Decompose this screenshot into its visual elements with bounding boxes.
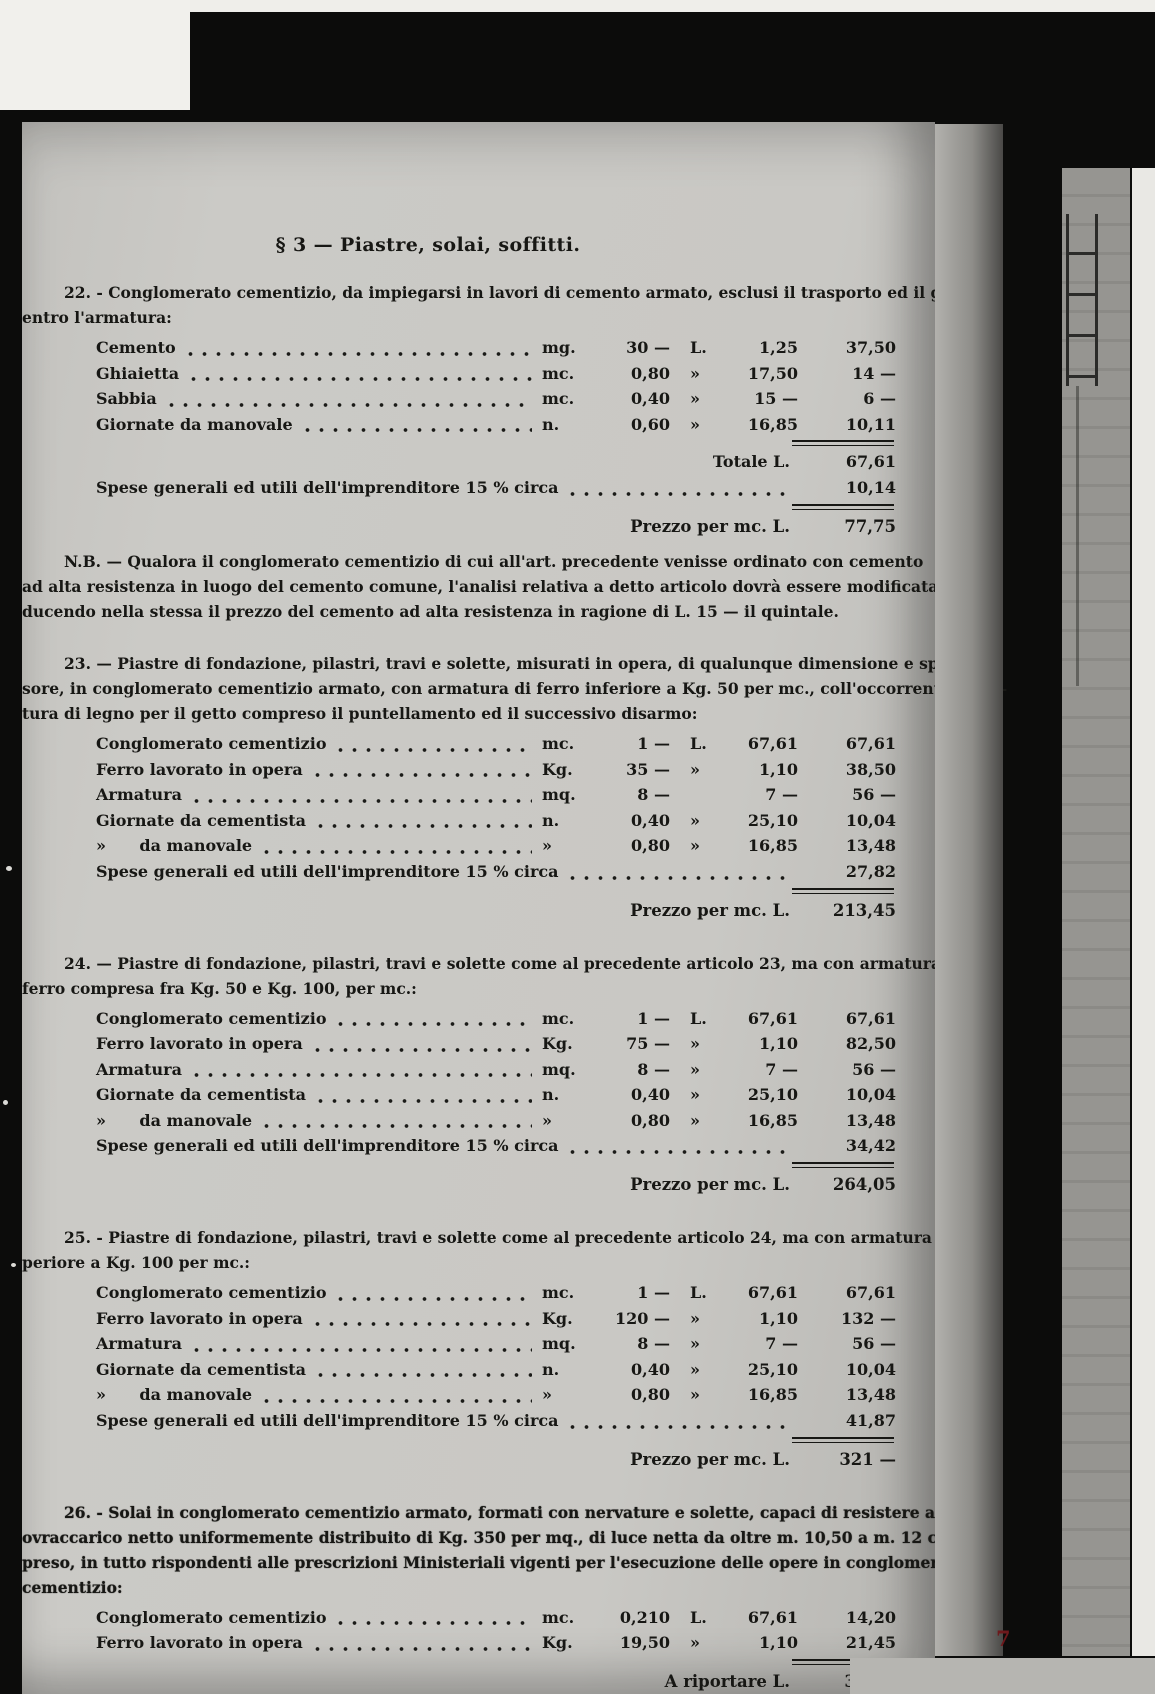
analysis-table: Conglomerato cementiziomc.1 —L.67,6167,6… — [96, 1280, 896, 1473]
row-currency-mark: » — [684, 1382, 722, 1408]
row-quantity: 8 — — [588, 1057, 684, 1083]
scan-artifact-ladder — [1066, 214, 1098, 386]
row-unit-price: 16,85 — [722, 833, 798, 859]
item-paragraph-line: 23. — Piastre di fondazione, pilastri, t… — [22, 651, 935, 676]
prezzo-row: Prezzo per mc. L.264,05 — [96, 1172, 896, 1198]
row-label: Ferro lavorato in opera — [96, 757, 303, 783]
row-unit: mq. — [542, 1057, 588, 1083]
items-container: 22. - Conglomerato cementizio, da impieg… — [22, 280, 935, 1694]
nb-note-line: N.B. — Qualora il conglomerato cementizi… — [22, 549, 935, 574]
table-row: Conglomerato cementiziomc.1 —L.67,6167,6… — [96, 1280, 896, 1306]
row-label: Ghiaietta — [96, 361, 179, 387]
row-currency-mark: » — [684, 1057, 722, 1083]
dotted-leader — [315, 1313, 532, 1328]
dotted-leader — [338, 1288, 532, 1303]
row-unit-price: 1,25 — [722, 335, 798, 361]
row-quantity: 19,50 — [588, 1630, 684, 1656]
dotted-leader — [194, 1339, 532, 1354]
page-content: § 3 — Piastre, solai, soffitti. 22. - Co… — [22, 122, 935, 1694]
scan-speck — [11, 1263, 16, 1267]
table-row: Ferro lavorato in operaKg.19,50»1,1021,4… — [96, 1630, 896, 1656]
prezzo-row: Prezzo per mc. L.77,75 — [96, 514, 896, 540]
table-row: Conglomerato cementiziomc.0,210L.67,6114… — [96, 1605, 896, 1631]
prezzo-row: Prezzo per mc. L.321 — — [96, 1447, 896, 1473]
row-unit: mc. — [542, 1605, 588, 1631]
row-amount: 37,50 — [798, 335, 896, 361]
scan-corner-top-left — [0, 0, 190, 110]
item-paragraph-line: cementizio: — [22, 1575, 935, 1600]
table-row: Giornate da cementistan.0,40»25,1010,04 — [96, 1082, 896, 1108]
row-label: » da manovale — [96, 1108, 252, 1134]
row-quantity: 0,80 — [588, 833, 684, 859]
row-amount: 21,45 — [798, 1630, 896, 1656]
item-paragraph-line: 22. - Conglomerato cementizio, da impieg… — [22, 280, 935, 305]
row-unit: n. — [542, 808, 588, 834]
row-unit: mc. — [542, 386, 588, 412]
row-unit: n. — [542, 412, 588, 438]
row-quantity: 0,40 — [588, 1357, 684, 1383]
scan-speck — [6, 866, 12, 871]
book-page-stack-edge — [1062, 168, 1130, 1656]
dotted-leader — [570, 483, 788, 498]
dotted-leader — [338, 1612, 532, 1627]
row-currency-mark: L. — [684, 731, 722, 757]
scanned-document-page: § 3 — Piastre, solai, soffitti. 22. - Co… — [0, 0, 1155, 1694]
row-unit-price: 25,10 — [722, 1357, 798, 1383]
row-unit: mg. — [542, 335, 588, 361]
spese-label: Spese generali ed utili dell'imprenditor… — [96, 1133, 558, 1159]
table-row: Ferro lavorato in operaKg.35 —»1,1038,50 — [96, 757, 896, 783]
row-currency-mark: » — [684, 1357, 722, 1383]
dotted-leader — [318, 1090, 532, 1105]
row-currency-mark: » — [684, 361, 722, 387]
dotted-leader — [194, 790, 532, 805]
dotted-leader — [315, 1638, 532, 1653]
item-block-22: 22. - Conglomerato cementizio, da impieg… — [22, 280, 935, 624]
item-block-25: 25. - Piastre di fondazione, pilastri, t… — [22, 1225, 935, 1473]
spese-row: Spese generali ed utili dell'imprenditor… — [96, 859, 896, 885]
row-label: Conglomerato cementizio — [96, 1280, 326, 1306]
table-row: Armaturamq.8 —7 —56 — — [96, 782, 896, 808]
row-unit-price: 67,61 — [722, 731, 798, 757]
dotted-leader — [264, 841, 532, 856]
item-block-26: 26. - Solai in conglomerato cementizio a… — [22, 1500, 935, 1694]
row-quantity: 1 — — [588, 731, 684, 757]
row-currency-mark: » — [684, 833, 722, 859]
row-unit-price: 67,61 — [722, 1280, 798, 1306]
row-quantity: 75 — — [588, 1031, 684, 1057]
row-unit-price: 7 — — [722, 1057, 798, 1083]
item-paragraph-line: sore, in conglomerato cementizio armato,… — [22, 676, 935, 701]
analysis-table: Conglomerato cementiziomc.1 —L.67,6167,6… — [96, 731, 896, 924]
dotted-leader — [264, 1115, 532, 1130]
spese-value: 41,87 — [798, 1408, 896, 1434]
item-paragraph-line: preso, in tutto rispondenti alle prescri… — [22, 1550, 935, 1575]
row-unit: n. — [542, 1082, 588, 1108]
analysis-table: Conglomerato cementiziomc.1 —L.67,6167,6… — [96, 1006, 896, 1199]
table-row: Giornate da cementistan.0,40»25,1010,04 — [96, 808, 896, 834]
scan-edge-right-strip — [1132, 168, 1155, 1656]
row-label: Giornate da cementista — [96, 808, 306, 834]
row-label: Sabbia — [96, 386, 157, 412]
row-label: Cemento — [96, 335, 176, 361]
row-quantity: 0,80 — [588, 1108, 684, 1134]
row-unit-price: 17,50 — [722, 361, 798, 387]
item-paragraph-line: entro l'armatura: — [22, 305, 935, 330]
row-unit-price: 1,10 — [722, 1630, 798, 1656]
row-label: Ferro lavorato in opera — [96, 1031, 303, 1057]
item-paragraph-line: 26. - Solai in conglomerato cementizio a… — [22, 1500, 935, 1525]
table-row: » da manovale»0,80»16,8513,48 — [96, 1382, 896, 1408]
riportare-label: A riportare L. — [665, 1669, 798, 1694]
dotted-leader — [338, 739, 532, 754]
item-block-23: 23. — Piastre di fondazione, pilastri, t… — [22, 651, 935, 924]
nb-note-line: ad alta resistenza in luogo del cemento … — [22, 574, 935, 599]
dotted-leader — [264, 1390, 532, 1405]
row-unit-price: 16,85 — [722, 1108, 798, 1134]
scan-speck — [3, 1100, 8, 1105]
item-paragraph-line: ferro compresa fra Kg. 50 e Kg. 100, per… — [22, 976, 935, 1001]
row-currency-mark — [684, 782, 722, 808]
dotted-leader — [570, 867, 788, 882]
row-quantity: 120 — — [588, 1306, 684, 1332]
row-amount: 10,04 — [798, 808, 896, 834]
dotted-leader — [570, 1416, 788, 1431]
sum-rule — [792, 888, 894, 894]
row-unit-price: 7 — — [722, 782, 798, 808]
row-amount: 132 — — [798, 1306, 896, 1332]
prezzo-label: Prezzo per mc. L. — [630, 1447, 798, 1473]
dotted-leader — [191, 368, 532, 383]
nb-note: N.B. — Qualora il conglomerato cementizi… — [22, 549, 935, 624]
row-amount: 82,50 — [798, 1031, 896, 1057]
row-amount: 6 — — [798, 386, 896, 412]
row-quantity: 0,80 — [588, 1382, 684, 1408]
row-amount: 10,04 — [798, 1082, 896, 1108]
row-amount: 67,61 — [798, 1280, 896, 1306]
row-unit-price: 1,10 — [722, 1306, 798, 1332]
row-currency-mark: » — [684, 386, 722, 412]
prezzo-value: 264,05 — [798, 1172, 896, 1198]
spese-row: Spese generali ed utili dell'imprenditor… — [96, 1408, 896, 1434]
row-currency-mark: L. — [684, 1280, 722, 1306]
sum-rule — [792, 504, 894, 510]
row-currency-mark: » — [684, 1108, 722, 1134]
dotted-leader — [315, 764, 532, 779]
row-amount: 56 — — [798, 1331, 896, 1357]
prezzo-value: 77,75 — [798, 514, 896, 540]
table-row: Ferro lavorato in operaKg.120 —»1,10132 … — [96, 1306, 896, 1332]
row-unit: Kg. — [542, 1306, 588, 1332]
row-quantity: 0,60 — [588, 412, 684, 438]
row-unit: Kg. — [542, 1630, 588, 1656]
dotted-leader — [570, 1141, 788, 1156]
row-amount: 38,50 — [798, 757, 896, 783]
row-currency-mark: » — [684, 1306, 722, 1332]
row-currency-mark: » — [684, 1331, 722, 1357]
table-row: Sabbiamc.0,40»15 —6 — — [96, 386, 896, 412]
row-currency-mark: L. — [684, 335, 722, 361]
row-currency-mark: » — [684, 808, 722, 834]
row-quantity: 8 — — [588, 782, 684, 808]
row-amount: 67,61 — [798, 731, 896, 757]
scan-corner-bottom-right — [850, 1658, 1155, 1694]
row-unit: mc. — [542, 361, 588, 387]
row-currency-mark: L. — [684, 1006, 722, 1032]
prezzo-value: 321 — — [798, 1447, 896, 1473]
spese-value: 10,14 — [798, 475, 896, 501]
row-unit: Kg. — [542, 1031, 588, 1057]
dotted-leader — [315, 1039, 532, 1054]
sum-rule — [792, 440, 894, 446]
row-quantity: 0,40 — [588, 808, 684, 834]
table-row: Cementomg.30 —L.1,2537,50 — [96, 335, 896, 361]
row-unit-price: 67,61 — [722, 1006, 798, 1032]
row-label: Giornate da cementista — [96, 1357, 306, 1383]
row-quantity: 8 — — [588, 1331, 684, 1357]
prezzo-row: Prezzo per mc. L.213,45 — [96, 898, 896, 924]
row-currency-mark: L. — [684, 1605, 722, 1631]
row-quantity: 35 — — [588, 757, 684, 783]
table-row: Armaturamq.8 —»7 —56 — — [96, 1057, 896, 1083]
row-unit: » — [542, 1382, 588, 1408]
sum-rule — [792, 1162, 894, 1168]
item-block-24: 24. — Piastre di fondazione, pilastri, t… — [22, 951, 935, 1199]
row-unit: n. — [542, 1357, 588, 1383]
row-label: Ferro lavorato in opera — [96, 1306, 303, 1332]
row-quantity: 0,40 — [588, 1082, 684, 1108]
row-amount: 13,48 — [798, 833, 896, 859]
row-unit-price: 67,61 — [722, 1605, 798, 1631]
row-label: Conglomerato cementizio — [96, 1006, 326, 1032]
row-label: Armatura — [96, 1331, 182, 1357]
dotted-leader — [318, 1364, 532, 1379]
row-unit-price: 16,85 — [722, 412, 798, 438]
table-row: » da manovale»0,80»16,8513,48 — [96, 1108, 896, 1134]
row-amount: 13,48 — [798, 1108, 896, 1134]
row-quantity: 1 — — [588, 1280, 684, 1306]
spese-value: 34,42 — [798, 1133, 896, 1159]
row-label: Conglomerato cementizio — [96, 731, 326, 757]
prezzo-label: Prezzo per mc. L. — [630, 1172, 798, 1198]
row-label: Giornate da manovale — [96, 412, 293, 438]
dotted-leader — [188, 343, 532, 358]
row-currency-mark: » — [684, 412, 722, 438]
dotted-leader — [305, 419, 532, 434]
prezzo-label: Prezzo per mc. L. — [630, 514, 798, 540]
table-row: Giornate da manovalen.0,60»16,8510,11 — [96, 412, 896, 438]
row-unit-price: 25,10 — [722, 808, 798, 834]
row-unit-price: 16,85 — [722, 1382, 798, 1408]
row-unit: Kg. — [542, 757, 588, 783]
row-label: Giornate da cementista — [96, 1082, 306, 1108]
table-row: Conglomerato cementiziomc.1 —L.67,6167,6… — [96, 731, 896, 757]
totale-row: Totale L.67,61 — [96, 449, 896, 475]
item-paragraph-line: 24. — Piastre di fondazione, pilastri, t… — [22, 951, 935, 976]
row-unit: » — [542, 1108, 588, 1134]
table-row: Ghiaiettamc.0,80»17,5014 — — [96, 361, 896, 387]
row-currency-mark: » — [684, 1031, 722, 1057]
row-label: Conglomerato cementizio — [96, 1605, 326, 1631]
page-number: 7 — [996, 1626, 1011, 1651]
item-paragraph-line: periore a Kg. 100 per mc.: — [22, 1250, 935, 1275]
dotted-leader — [169, 394, 532, 409]
nb-note-line: ducendo nella stessa il prezzo del cemen… — [22, 599, 935, 624]
row-label: Ferro lavorato in opera — [96, 1630, 303, 1656]
row-unit-price: 1,10 — [722, 757, 798, 783]
totale-value: 67,61 — [798, 449, 896, 475]
item-paragraph-line: ovraccarico netto uniformemente distribu… — [22, 1525, 935, 1550]
row-quantity: 0,210 — [588, 1605, 684, 1631]
section-title: § 3 — Piastre, solai, soffitti. — [22, 234, 834, 256]
table-row: Ferro lavorato in operaKg.75 —»1,1082,50 — [96, 1031, 896, 1057]
row-amount: 13,48 — [798, 1382, 896, 1408]
row-quantity: 30 — — [588, 335, 684, 361]
row-unit: mq. — [542, 782, 588, 808]
row-unit-price: 15 — — [722, 386, 798, 412]
row-amount: 14,20 — [798, 1605, 896, 1631]
row-unit-price: 25,10 — [722, 1082, 798, 1108]
row-label: Armatura — [96, 1057, 182, 1083]
spese-row: Spese generali ed utili dell'imprenditor… — [96, 1133, 896, 1159]
dotted-leader — [318, 815, 532, 830]
row-quantity: 0,40 — [588, 386, 684, 412]
prezzo-label: Prezzo per mc. L. — [630, 898, 798, 924]
scan-artifact-line — [1076, 386, 1079, 686]
spese-label: Spese generali ed utili dell'imprenditor… — [96, 475, 558, 501]
row-unit: mc. — [542, 1006, 588, 1032]
row-amount: 10,04 — [798, 1357, 896, 1383]
totale-label: Totale L. — [713, 449, 798, 475]
sum-rule — [792, 1437, 894, 1443]
row-currency-mark: » — [684, 757, 722, 783]
dotted-leader — [338, 1013, 532, 1028]
row-currency-mark: » — [684, 1082, 722, 1108]
row-unit: mc. — [542, 1280, 588, 1306]
row-amount: 56 — — [798, 1057, 896, 1083]
dotted-leader — [194, 1064, 532, 1079]
table-row: Conglomerato cementiziomc.1 —L.67,6167,6… — [96, 1006, 896, 1032]
row-quantity: 0,80 — [588, 361, 684, 387]
table-row: Giornate da cementistan.0,40»25,1010,04 — [96, 1357, 896, 1383]
row-label: » da manovale — [96, 833, 252, 859]
spese-value: 27,82 — [798, 859, 896, 885]
row-amount: 56 — — [798, 782, 896, 808]
row-unit: mq. — [542, 1331, 588, 1357]
table-row: Armaturamq.8 —»7 —56 — — [96, 1331, 896, 1357]
row-quantity: 1 — — [588, 1006, 684, 1032]
analysis-table: Conglomerato cementiziomc.0,210L.67,6114… — [96, 1605, 896, 1694]
row-unit-price: 7 — — [722, 1331, 798, 1357]
prezzo-value: 213,45 — [798, 898, 896, 924]
item-paragraph-line: 25. - Piastre di fondazione, pilastri, t… — [22, 1225, 935, 1250]
row-label: » da manovale — [96, 1382, 252, 1408]
row-amount: 14 — — [798, 361, 896, 387]
row-amount: 67,61 — [798, 1006, 896, 1032]
row-unit-price: 1,10 — [722, 1031, 798, 1057]
spese-label: Spese generali ed utili dell'imprenditor… — [96, 1408, 558, 1434]
row-label: Armatura — [96, 782, 182, 808]
row-amount: 10,11 — [798, 412, 896, 438]
row-unit: mc. — [542, 731, 588, 757]
paper-sheet: § 3 — Piastre, solai, soffitti. 22. - Co… — [22, 122, 935, 1694]
spese-row: Spese generali ed utili dell'imprenditor… — [96, 475, 896, 501]
row-currency-mark: » — [684, 1630, 722, 1656]
book-fore-edge-shadow — [935, 124, 1003, 1656]
riportare-row: A riportare L.35,65 — [96, 1669, 896, 1694]
spese-label: Spese generali ed utili dell'imprenditor… — [96, 859, 558, 885]
item-paragraph-line: tura di legno per il getto compreso il p… — [22, 701, 935, 726]
analysis-table: Cementomg.30 —L.1,2537,50Ghiaiettamc.0,8… — [96, 335, 896, 540]
row-unit: » — [542, 833, 588, 859]
table-row: » da manovale»0,80»16,8513,48 — [96, 833, 896, 859]
